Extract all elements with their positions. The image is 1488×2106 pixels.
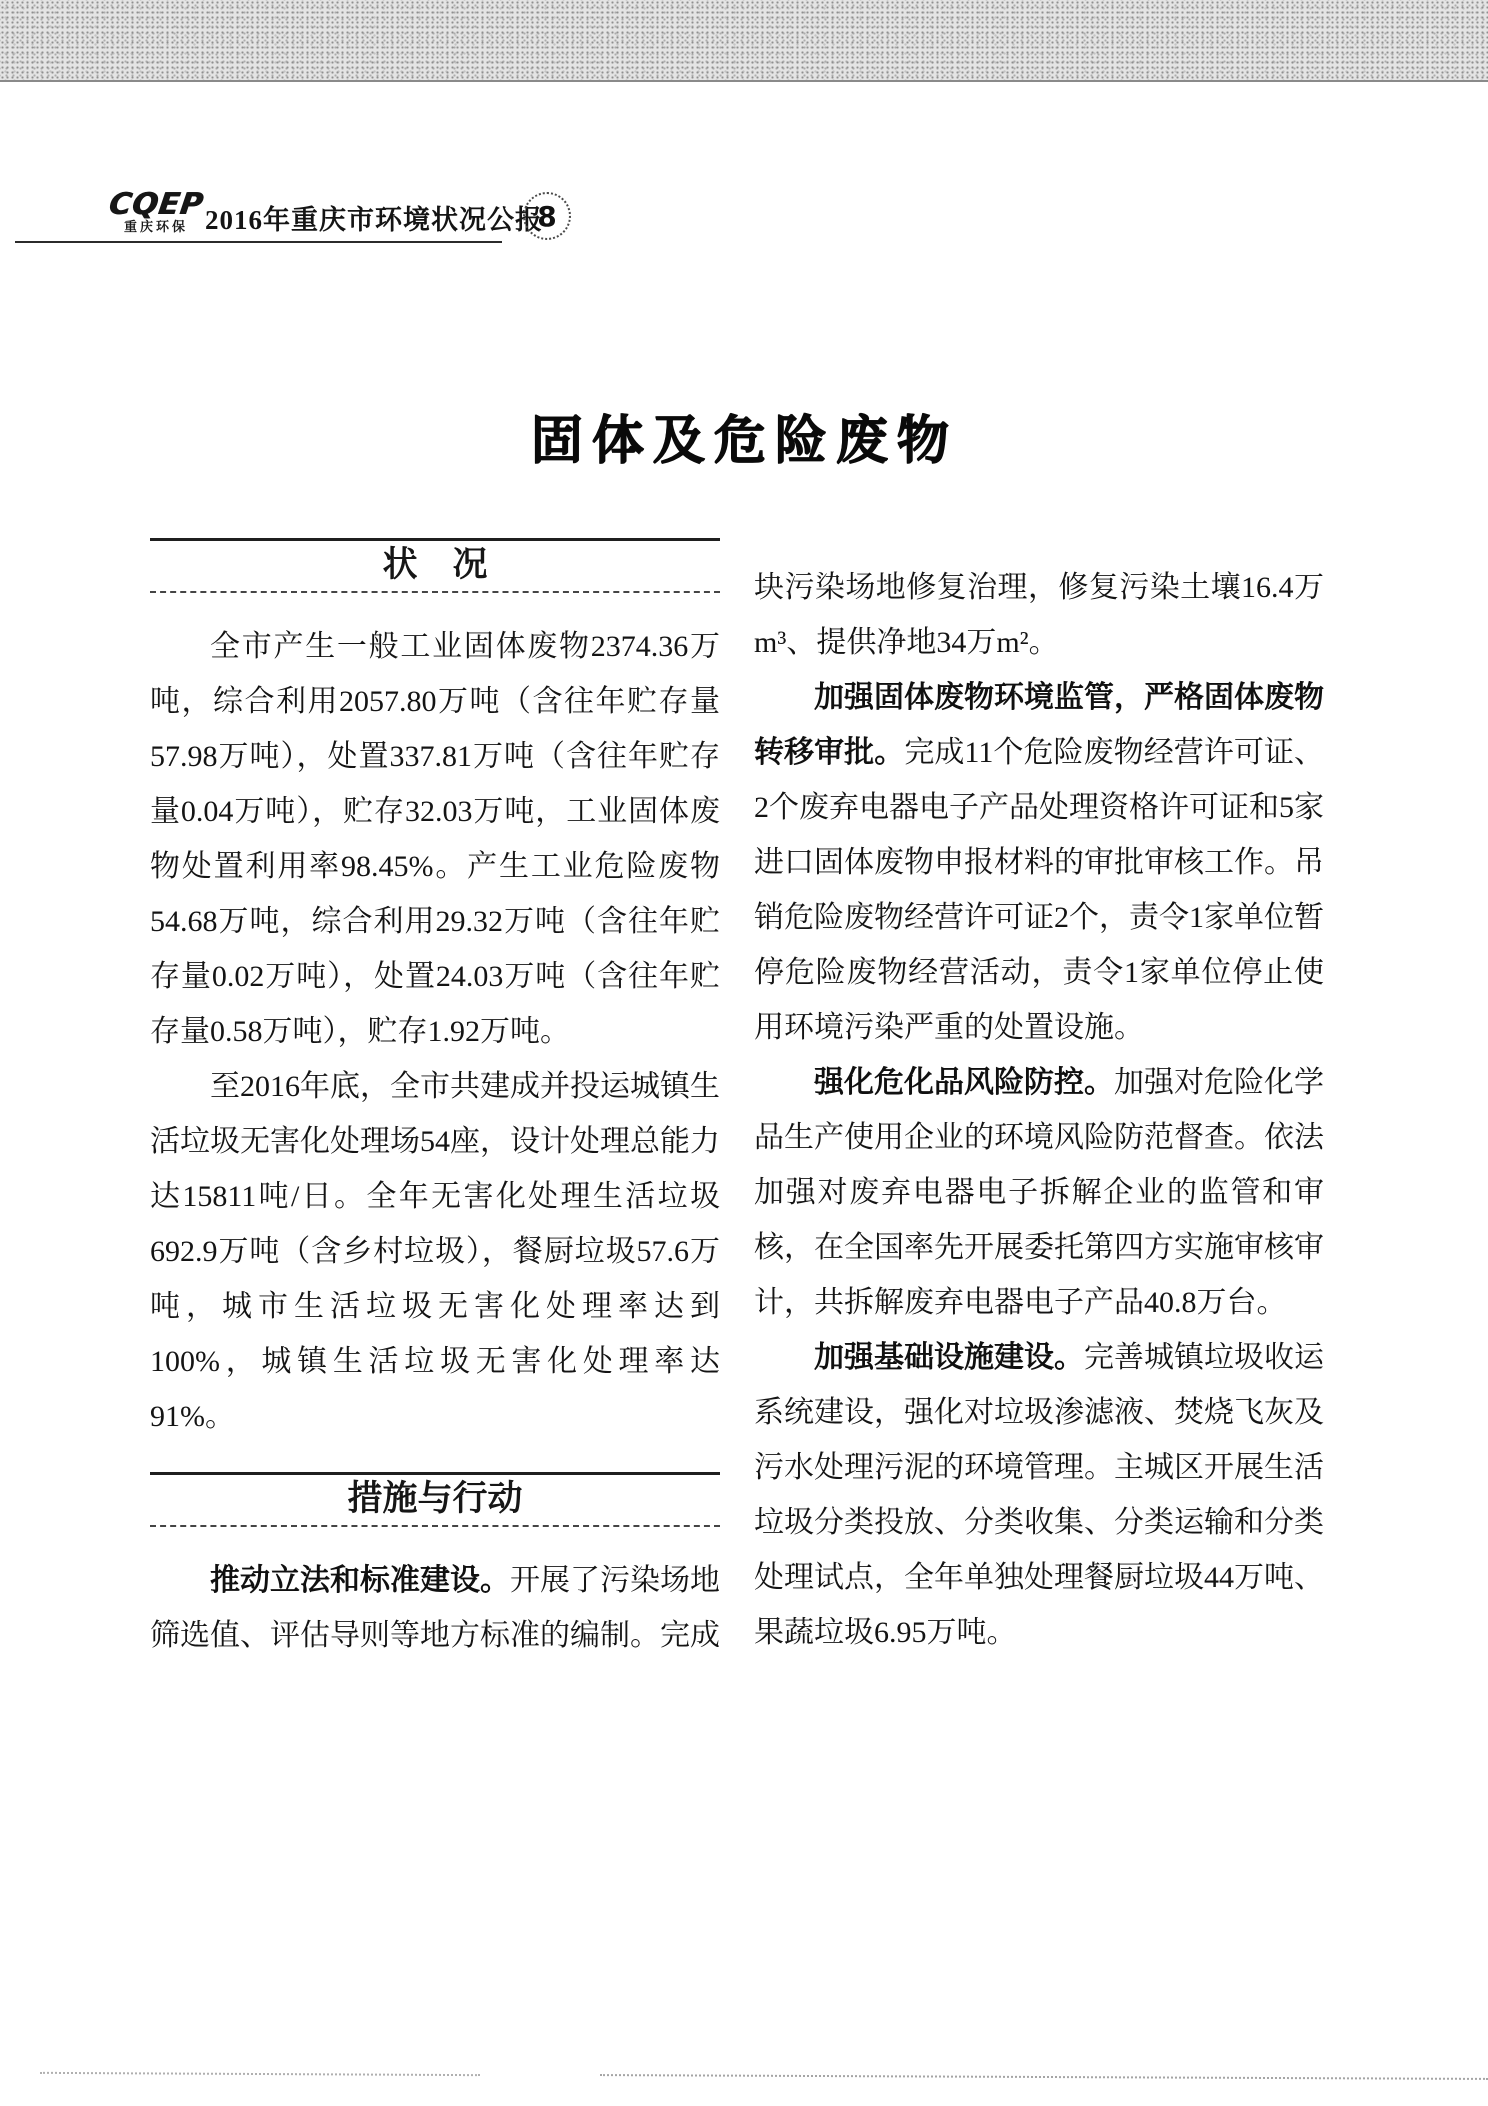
measures-paragraph-3-text: 加强对危险化学品生产使用企业的环境风险防范督查。依法加强对废弃电器电子拆解企业的… xyxy=(754,1066,1324,1319)
measures-paragraph-2-text: 完成11个危险废物经营许可证、2个废弃电器电子产品处理资格许可证和5家进口固体废… xyxy=(754,736,1324,1044)
report-title: 2016年重庆市环境状况公报 xyxy=(205,203,505,237)
right-column: 块污染场地修复治理，修复污染土壤16.4万m³、提供净地34万m²。 加强固体废… xyxy=(754,538,1324,1668)
measures-paragraph-1: 推动立法和标准建设。开展了污染场地筛选值、评估导则等地方标准的编制。完成了45块… xyxy=(150,1553,720,1668)
status-paragraph-2: 至2016年底，全市共建成并投运城镇生活垃圾无害化处理场54座，设计处理总能力达… xyxy=(150,1059,720,1444)
measures-paragraph-1-continued: 块污染场地修复治理，修复污染土壤16.4万m³、提供净地34万m²。 xyxy=(754,560,1324,670)
measures-paragraph-4-lead: 加强基础设施建设。 xyxy=(814,1340,1084,1375)
left-column: 状 况 全市产生一般工业固体废物2374.36万吨，综合利用2057.80万吨（… xyxy=(150,538,720,1668)
status-paragraph-1: 全市产生一般工业固体废物2374.36万吨，综合利用2057.80万吨（含往年贮… xyxy=(150,619,720,1059)
measures-paragraph-2: 加强固体废物环境监管，严格固体废物转移审批。完成11个危险废物经营许可证、2个废… xyxy=(754,670,1324,1055)
scanned-report-page: { "header": { "logo_main": "CQEP", "logo… xyxy=(0,0,1488,2106)
measures-paragraph-1-lead: 推动立法和标准建设。 xyxy=(210,1563,510,1598)
measures-paragraph-3-lead: 强化危化品风险防控。 xyxy=(814,1065,1114,1100)
measures-paragraph-3: 强化危化品风险防控。加强对危险化学品生产使用企业的环境风险防范督查。依法加强对废… xyxy=(754,1055,1324,1330)
scan-noise-band xyxy=(0,0,1488,82)
measures-section-heading: 措施与行动 xyxy=(150,1472,720,1527)
cqep-logo-subtext: 重庆环保 xyxy=(106,220,206,235)
measures-paragraph-4-text: 完善城镇垃圾收运系统建设，强化对垃圾渗滤液、焚烧飞灰及污水处理污泥的环境管理。主… xyxy=(754,1341,1324,1649)
page-number-badge: 8 xyxy=(523,192,571,240)
cqep-logo: CQEP 重庆环保 xyxy=(106,190,206,235)
header-rule xyxy=(15,241,502,243)
footer-scan-line-left xyxy=(40,2072,480,2076)
footer-scan-line-right xyxy=(600,2074,1488,2080)
status-section-heading: 状 况 xyxy=(150,538,720,593)
measures-paragraph-4: 加强基础设施建设。完善城镇垃圾收运系统建设，强化对垃圾渗滤液、焚烧飞灰及污水处理… xyxy=(754,1330,1324,1660)
article-title: 固体及危险废物 xyxy=(0,412,1488,470)
cqep-logo-wordmark: CQEP xyxy=(104,190,208,220)
two-column-body: 状 况 全市产生一般工业固体废物2374.36万吨，综合利用2057.80万吨（… xyxy=(150,538,1324,1668)
